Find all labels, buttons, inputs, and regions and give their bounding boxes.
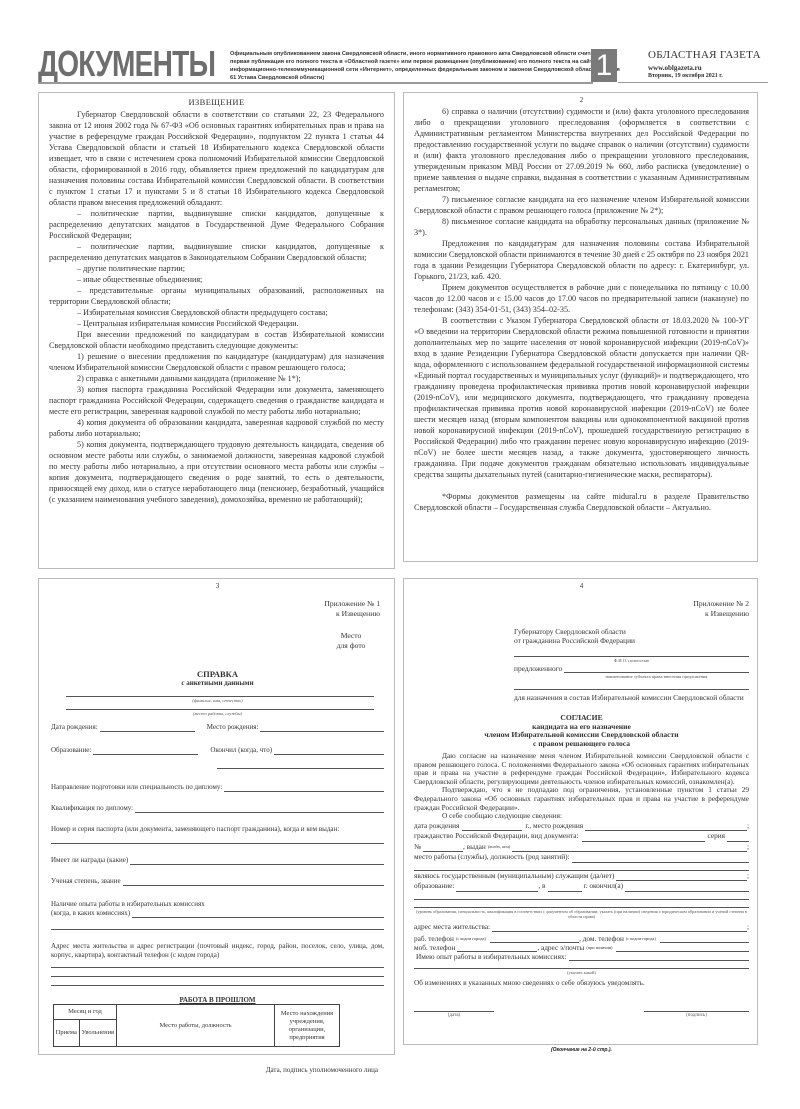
work-phone-field[interactable]: [490, 934, 579, 943]
birth-place-label: г., место рождения: [525, 821, 583, 832]
work-caption: (место работы, службы): [51, 710, 384, 717]
home-phone-label: , дом. телефон: [579, 935, 624, 943]
paragraph: – представительные органы муниципальных …: [49, 285, 384, 307]
addressee: Губернатору Свердловской области: [514, 627, 749, 636]
document-page-1: ИЗВЕЩЕНИЕ Губернатор Свердловской област…: [38, 92, 395, 569]
address-label: адрес места жительства:: [414, 922, 490, 933]
notice-body-continued: 6) справка о наличии (отсутствии) судимо…: [414, 106, 749, 480]
education-line-2[interactable]: [414, 898, 749, 900]
notify-text: Об изменениях в указанных мною сведениях…: [414, 978, 749, 989]
graduated-line-2[interactable]: [217, 767, 384, 769]
education-line-3[interactable]: [414, 906, 749, 908]
certificate-subtitle: с анкетными данными: [51, 679, 384, 687]
dismissed-header: Увольнения: [79, 1020, 116, 1047]
awards-label: Имеет ли награды (какие): [51, 856, 128, 865]
date-field[interactable]: (дата): [414, 1011, 494, 1018]
location-header: Место нахождения учреждения, организации…: [275, 1005, 340, 1047]
experience-line-2[interactable]: [51, 928, 384, 930]
photo-placeholder: Место для фото: [321, 631, 381, 651]
paragraph: При внесении предложений по кандидатурам…: [49, 329, 384, 351]
number-field[interactable]: [423, 843, 463, 852]
footnote: *Формы документов размещены на сайте mid…: [414, 491, 749, 513]
paragraph: – Избирательная комиссия Свердловской об…: [49, 307, 384, 318]
sender: от гражданина Российской Федерации: [514, 636, 749, 645]
address-line-3[interactable]: [51, 984, 384, 986]
email-caption: (при наличии): [586, 944, 612, 952]
issued-label: , выдан: [463, 842, 486, 853]
paragraph: Губернатор Свердловской области в соотве…: [49, 109, 384, 208]
home-phone-caption: (с кодом города): [626, 935, 656, 943]
issued-field[interactable]: [512, 843, 747, 852]
birth-date-field[interactable]: [100, 723, 195, 732]
experience-caption: (указать какой): [414, 969, 749, 976]
paragraph: 3) копия паспорта гражданина Российской …: [49, 384, 384, 417]
signature-field[interactable]: (подпись): [644, 1011, 749, 1018]
birth-date-label: Дата рождения:: [51, 723, 98, 732]
awards-field[interactable]: [130, 856, 384, 865]
experience-label: Имею опыт работы в избирательных комисси…: [416, 953, 567, 961]
newspaper-url[interactable]: www.oblgazeta.ru: [648, 64, 702, 72]
paragraph: 1) решение о внесении предложения по кан…: [49, 351, 384, 373]
home-phone-field[interactable]: [660, 934, 749, 943]
hired-header: Приема: [54, 1020, 80, 1047]
mobile-field[interactable]: [457, 943, 537, 952]
continuation-note: (Окончание на 2-й стр.).: [551, 1047, 612, 1053]
paragraph: 8) письменное согласие кандидата на обра…: [414, 216, 749, 238]
month-year-header: Месяц и год: [54, 1005, 117, 1020]
birth-date-field[interactable]: [462, 822, 522, 831]
degree-field[interactable]: [123, 877, 384, 886]
in-year-label: , в: [538, 881, 545, 892]
workplace-field[interactable]: [572, 854, 749, 863]
degree-label: Ученая степень, звание: [51, 877, 121, 886]
birth-place-field[interactable]: [585, 822, 747, 831]
citizenship-label: гражданство Российской Федерации, вид до…: [414, 831, 579, 842]
photo-label-2: для фото: [321, 641, 381, 651]
paragraph: – политические партии, выдвинувшие списк…: [49, 241, 384, 263]
paragraph: – иные общественные объединения;: [49, 274, 384, 285]
qualification-field[interactable]: [135, 804, 384, 813]
proposed-label: предложенного: [514, 664, 562, 673]
paragraph: – Центральная избирательная комиссия Рос…: [49, 318, 384, 329]
appointment-text: для назначения в состав Избирательной ко…: [514, 693, 749, 702]
paragraph: – политические партии, выдвинувшие списк…: [49, 208, 384, 241]
paragraph: 7) письменное согласие кандидата на его …: [414, 194, 749, 216]
address-line-2[interactable]: [51, 975, 384, 977]
paragraph: – другие политические партии;: [49, 263, 384, 274]
birth-date-label: дата рождения: [414, 821, 459, 832]
education-field[interactable]: [456, 883, 538, 892]
page-number: 3: [51, 582, 384, 591]
page-number: 4: [414, 582, 749, 591]
experience-field[interactable]: [132, 909, 384, 918]
page-number-badge: 1: [591, 49, 617, 82]
education-field[interactable]: [93, 746, 198, 755]
past-work-table: Месяц и год Место работы, должность Мест…: [53, 1004, 340, 1047]
masthead: ДОКУМЕНТЫ Официальным опубликованием зак…: [38, 46, 790, 84]
birth-place-label: Место рождения:: [207, 723, 259, 732]
notice-title: ИЗВЕЩЕНИЕ: [49, 96, 384, 109]
consent-paragraph-3: О себе сообщаю следующие сведения:: [414, 812, 749, 821]
paragraph: Предложения по кандидатурам для назначен…: [414, 238, 749, 282]
consent-paragraph-2: Подтверждаю, что я не подпадаю под огран…: [414, 786, 749, 812]
paragraph: В соответствии с Указом Губернатора Свер…: [414, 315, 749, 480]
paragraph: 2) справка с анкетными данными кандидата…: [49, 373, 384, 384]
consent-paragraph-1: Даю согласие на назначение меня членом И…: [414, 752, 749, 786]
masthead-divider: [38, 82, 593, 84]
appendix-to: к Извещению: [414, 609, 749, 619]
document-page-3: 3 Приложение № 1 к Извещению Место для ф…: [38, 578, 395, 1055]
paragraph: 5) копия документа, подтверждающего труд…: [49, 439, 384, 505]
document-page-4: 4 Приложение № 2 к Извещению Губернатору…: [403, 578, 758, 1045]
qualification-label: Квалификация по диплому:: [51, 804, 133, 813]
work-phone-label: раб. телефон: [414, 935, 454, 943]
paragraph: 4) копия документа об образовании кандид…: [49, 417, 384, 439]
fio-caption: (фамилия, имя, отчество): [51, 697, 384, 704]
address-field[interactable]: [492, 923, 747, 932]
experience-label-2: (когда, в каких комиссиях): [51, 909, 130, 918]
education-caption: (уровень образования, специальность, ква…: [414, 909, 749, 920]
workplace-header: Место работы, должность: [117, 1005, 275, 1047]
appendix-label: Приложение № 1: [51, 599, 380, 609]
series-label: серия: [708, 831, 725, 842]
photo-label-1: Место: [321, 631, 381, 641]
work-phone-caption: (с кодом города): [456, 935, 486, 943]
email-field[interactable]: [616, 943, 749, 952]
year-field[interactable]: [548, 883, 582, 892]
specialty-field[interactable]: [224, 783, 384, 792]
paragraph: Прием документов осуществляется в рабочи…: [414, 282, 749, 315]
issue-date: Вторник, 19 октября 2021 г.: [648, 73, 723, 79]
address-line-1[interactable]: [51, 966, 384, 968]
issued-caption: (когда, кем): [488, 842, 510, 853]
civil-servant-label: являюсь государственным (муниципальным) …: [414, 871, 614, 882]
specialty-label: Направление подготовки или специальность…: [51, 783, 222, 792]
certificate-title: СПРАВКА: [51, 669, 384, 679]
graduated-label: Окончил (когда, что): [210, 746, 272, 755]
series-field[interactable]: [727, 833, 749, 842]
document-page-2: 2 6) справка о наличии (отсутствии) суди…: [403, 92, 758, 562]
passport-label: Номер и серия паспорта (или документа, з…: [51, 825, 339, 834]
subject-line-2[interactable]: [514, 688, 749, 690]
appendix-label: Приложение № 2: [414, 599, 749, 609]
page-number: 2: [414, 96, 749, 105]
passport-field[interactable]: [51, 842, 384, 844]
consent-subtitle-3: с правом решающего голоса: [414, 740, 749, 749]
education-label: образование:: [414, 881, 454, 892]
graduated-field[interactable]: [625, 883, 749, 892]
paragraph: 6) справка о наличии (отсутствии) судимо…: [414, 106, 749, 194]
number-label: №: [414, 842, 421, 853]
appendix-to: к Извещению: [51, 609, 380, 619]
doc-type-field[interactable]: [582, 833, 705, 842]
civil-servant-field[interactable]: [616, 872, 747, 881]
education-label: Образование:: [51, 746, 91, 755]
birth-place-field[interactable]: [260, 723, 384, 732]
past-work-title: РАБОТА В ПРОШЛОМ: [51, 996, 384, 1004]
section-title: ДОКУМЕНТЫ: [38, 46, 215, 82]
experience-label: Наличие опыта работы в избирательных ком…: [51, 900, 205, 909]
newspaper-name: ОБЛАСТНАЯ ГАЗЕТА: [648, 49, 761, 61]
experience-field[interactable]: [569, 952, 749, 961]
subject-caption: наименование субъекта права внесения пре…: [514, 673, 749, 680]
graduated-field[interactable]: [274, 746, 384, 755]
proposed-field[interactable]: [564, 664, 749, 673]
graduated-label: г. окончил(а): [584, 881, 624, 892]
mobile-label: моб. телефон: [414, 944, 455, 952]
authorized-signature: Дата, подпись уполномоченного лица: [51, 1065, 384, 1075]
masthead-divider-right: [618, 82, 768, 83]
workplace-label: место работы (службы), должность (род за…: [414, 852, 570, 863]
address-label: Адрес места жительства и адрес регистрац…: [51, 942, 384, 960]
fio-caption: Ф.И.О. полностью: [514, 657, 749, 664]
email-label: , адрес э/почты: [537, 944, 584, 952]
notice-body: Губернатор Свердловской области в соотве…: [49, 109, 384, 505]
publication-notice: Официальным опубликованием закона Свердл…: [230, 50, 625, 82]
